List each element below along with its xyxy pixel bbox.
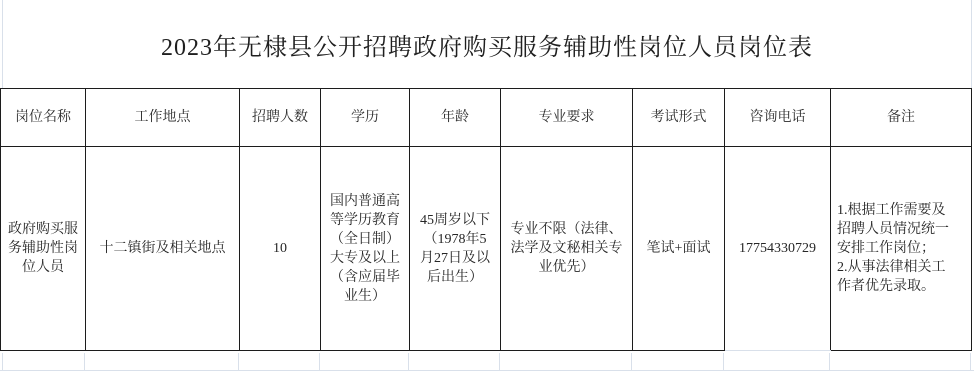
col-header-position: 岗位名称 xyxy=(1,89,86,147)
cell-work-location: 十二镇街及相关地点 xyxy=(86,147,240,351)
gridline-segment xyxy=(830,353,971,370)
title-area: 2023年无棣县公开招聘政府购买服务辅助性岗位人员岗位表 xyxy=(0,0,974,88)
col-header-education: 学历 xyxy=(321,89,410,147)
gridline-segment xyxy=(85,353,239,370)
gridline-segment xyxy=(409,353,500,370)
cell-consult-phone: 17754330729 xyxy=(725,147,831,351)
job-position-table: 岗位名称 工作地点 招聘人数 学历 年龄 专业要求 考试形式 咨询电话 备注 政… xyxy=(0,88,972,351)
cell-recruit-count: 10 xyxy=(240,147,321,351)
col-header-exam: 考试形式 xyxy=(633,89,725,147)
page-title: 2023年无棣县公开招聘政府购买服务辅助性岗位人员岗位表 xyxy=(161,27,813,62)
col-header-location: 工作地点 xyxy=(86,89,240,147)
col-header-major: 专业要求 xyxy=(501,89,633,147)
table-data-row: 政府购买服 务辅助性岗 位人员 十二镇街及相关地点 10 国内普通高 等学历教育… xyxy=(1,147,972,351)
gridline-segment xyxy=(320,353,409,370)
cell-age: 45周岁以下 （1978年5 月27日及以 后出生） xyxy=(410,147,501,351)
faint-gridline-strip xyxy=(0,353,974,371)
table-header-row: 岗位名称 工作地点 招聘人数 学历 年龄 专业要求 考试形式 咨询电话 备注 xyxy=(1,89,972,147)
col-header-notes: 备注 xyxy=(831,89,972,147)
col-header-age: 年龄 xyxy=(410,89,501,147)
gridline-segment xyxy=(2,353,85,370)
gridline-segment xyxy=(239,353,320,370)
cell-education: 国内普通高 等学历教育 （全日制） 大专及以上 （含应届毕 业生） xyxy=(321,147,410,351)
gridline-segment xyxy=(724,353,830,370)
cell-exam-format: 笔试+面试 xyxy=(633,147,725,351)
cell-position-name: 政府购买服 务辅助性岗 位人员 xyxy=(1,147,86,351)
col-header-phone: 咨询电话 xyxy=(725,89,831,147)
col-header-headcount: 招聘人数 xyxy=(240,89,321,147)
cell-major-requirement: 专业不限（法律、 法学及文秘相关专 业优先） xyxy=(501,147,633,351)
cell-notes: 1.根据工作需要及 招聘人员情况统一 安排工作岗位； 2.从事法律相关工 作者优… xyxy=(831,147,972,351)
gridline-segment xyxy=(500,353,632,370)
page: 2023年无棣县公开招聘政府购买服务辅助性岗位人员岗位表 岗位名称 工作地点 招… xyxy=(0,0,974,373)
gridline-segment xyxy=(632,353,724,370)
